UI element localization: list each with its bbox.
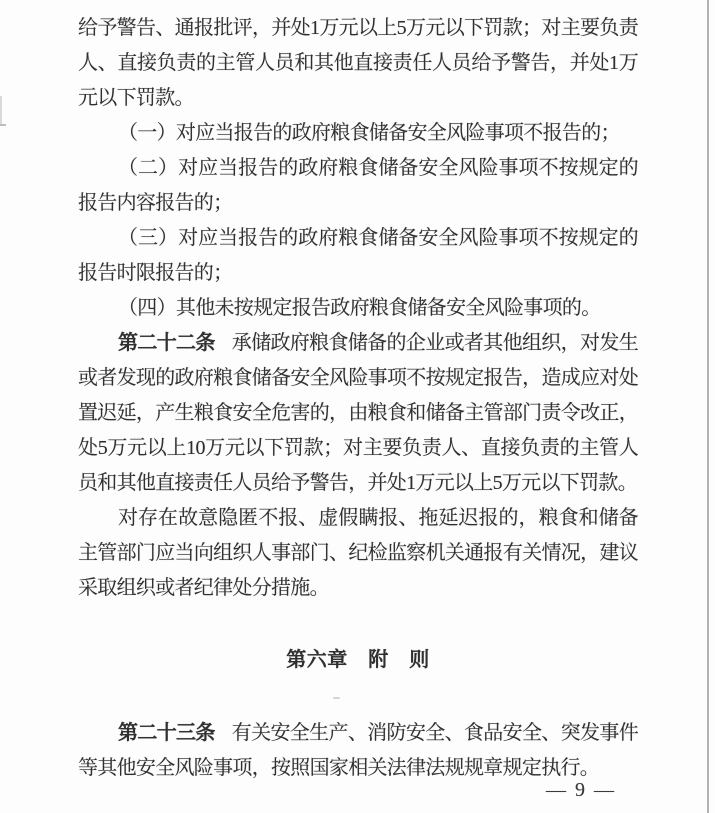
- article-number: 第二十三条: [118, 722, 215, 744]
- document-paragraph: 对存在故意隐匿不报、虚假瞒报、拖延迟报的，粮食和储备主管部门应当向组织人事部门、…: [78, 501, 638, 606]
- scan-artifact-left-edge: [0, 96, 2, 124]
- document-paragraph: （二）对应当报告的政府粮食储备安全风险事项不按规定的报告内容报告的；: [78, 151, 638, 221]
- document-paragraph: 第二十三条有关安全生产、消防安全、食品安全、突发事件等其他安全风险事项，按照国家…: [78, 716, 638, 786]
- document-paragraph: 给予警告、通报批评，并处1万元以上5万元以下罚款；对主要负责人、直接负责的主管人…: [78, 11, 638, 116]
- document-paragraph: （三）对应当报告的政府粮食储备安全风险事项不按规定的报告时限报告的；: [78, 221, 638, 291]
- document-body: 给予警告、通报批评，并处1万元以上5万元以下罚款；对主要负责人、直接负责的主管人…: [78, 11, 638, 786]
- chapter-heading: 第六章 附 则: [78, 643, 638, 678]
- scan-page-edge-line: [707, 0, 709, 813]
- article-number: 第二十二条: [118, 332, 215, 354]
- page-number: — 9 —: [546, 779, 616, 802]
- document-paragraph: 第二十二条承储政府粮食储备的企业或者其他组织，对发生或者发现的政府粮食储备安全风…: [78, 326, 638, 501]
- document-paragraph: （四）其他未按规定报告政府粮食储备安全风险事项的。: [78, 291, 638, 326]
- scanned-document-page: 给予警告、通报批评，并处1万元以上5万元以下罚款；对主要负责人、直接负责的主管人…: [0, 0, 715, 813]
- scan-artifact-speck: [333, 697, 340, 699]
- document-paragraph: （一）对应当报告的政府粮食储备安全风险事项不报告的；: [78, 116, 638, 151]
